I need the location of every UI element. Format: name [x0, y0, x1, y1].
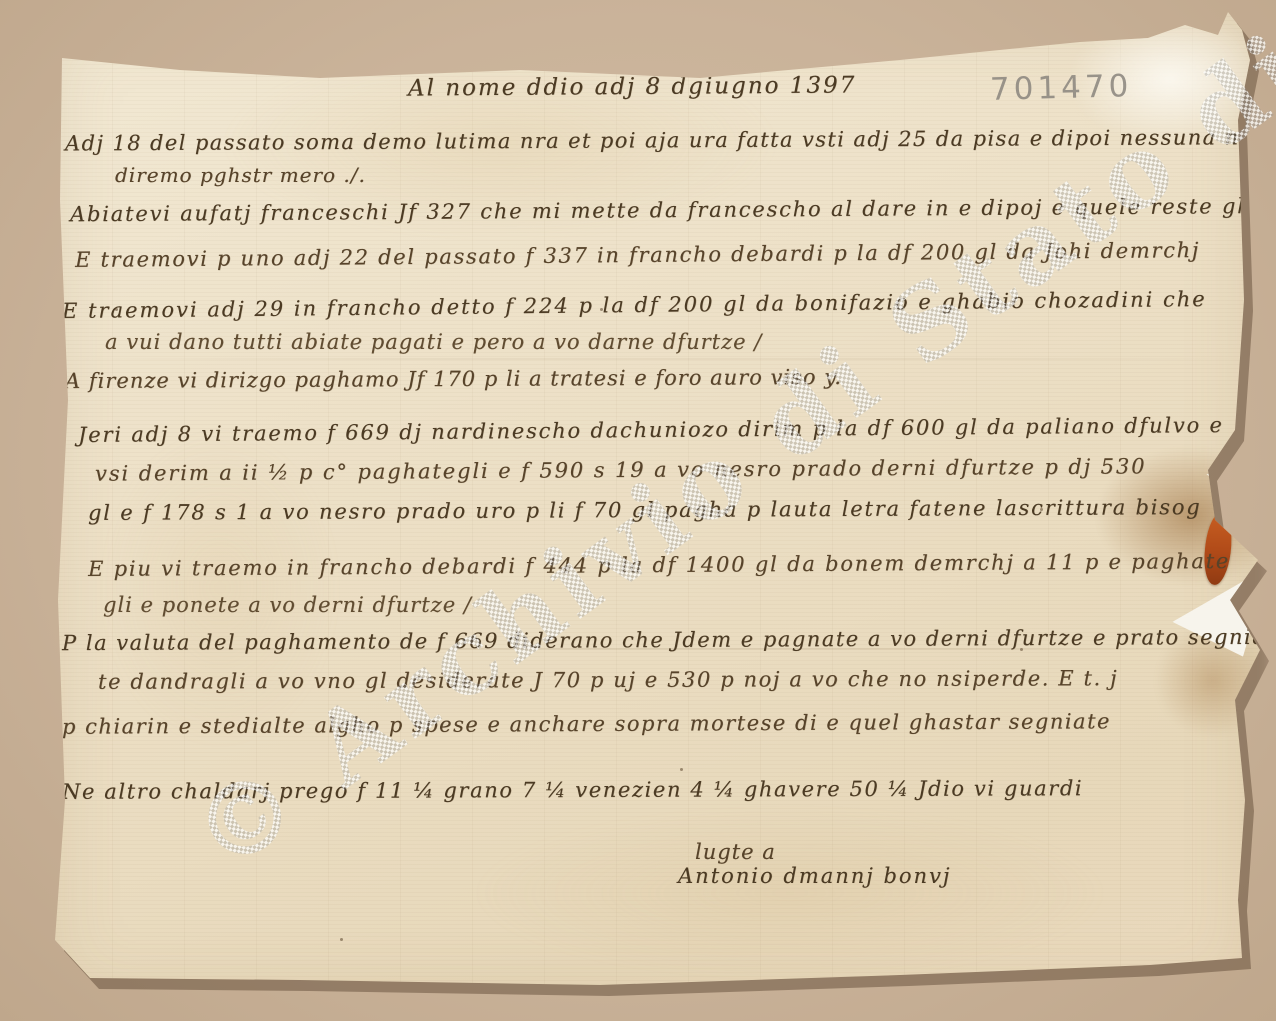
age-discoloration: [470, 808, 1110, 978]
manuscript-line: a vui dano tutti abiate pagati e pero a …: [105, 330, 762, 354]
manuscript-line: E piu vi traemo in francho debardi f 444…: [88, 549, 1230, 581]
manuscript-line: vsi derim a ii ½ p c° paghategli e f 590…: [95, 454, 1147, 485]
manuscript-line: Adj 18 del passato soma demo lutima nra …: [65, 125, 1276, 156]
manuscript-line: A firenze vi dirizgo paghamo Jf 170 p li…: [65, 365, 842, 393]
manuscript-line: Jeri adj 8 vi traemo f 669 dj nardinesch…: [78, 413, 1224, 447]
ink-speck: [680, 768, 683, 771]
scan-canvas: Al nome ddio adj 8 dgiugno 1397 Adj 18 d…: [0, 0, 1276, 1021]
manuscript-line: gl e f 178 s 1 a vo nesro prado uro p li…: [88, 495, 1202, 525]
manuscript-line: gli e ponete a vo derni dfurtze /: [103, 593, 472, 617]
signature-line: Antonio dmannj bonvj: [678, 864, 951, 888]
manuscript-line: p chiarin e stedialte algho p spese e an…: [62, 709, 1111, 738]
fold-crease: [40, 358, 1264, 360]
manuscript-line: P la valuta del paghamento de f 669 dide…: [62, 625, 1266, 655]
inventory-number: 701470: [990, 68, 1133, 108]
manuscript-line: E traemovi adj 29 in francho detto f 224…: [62, 287, 1207, 323]
ink-speck: [340, 938, 343, 941]
manuscript-heading: Al nome ddio adj 8 dgiugno 1397: [408, 72, 856, 101]
manuscript-line: diremo pghstr mero ./.: [115, 163, 366, 187]
manuscript-page: Al nome ddio adj 8 dgiugno 1397 Adj 18 d…: [40, 8, 1264, 1012]
manuscript-line: Abiatevi aufatj franceschi Jf 327 che mi…: [70, 194, 1276, 227]
manuscript-line: te dandragli a vo vno gl desiderate J 70…: [98, 666, 1118, 694]
manuscript-line: Ne altro chaldarj prego f 11 ¼ grano 7 ¼…: [62, 776, 1083, 804]
signature-line: lugte a: [695, 840, 776, 864]
manuscript-line: E traemovi p uno adj 22 del passato f 33…: [75, 238, 1200, 272]
